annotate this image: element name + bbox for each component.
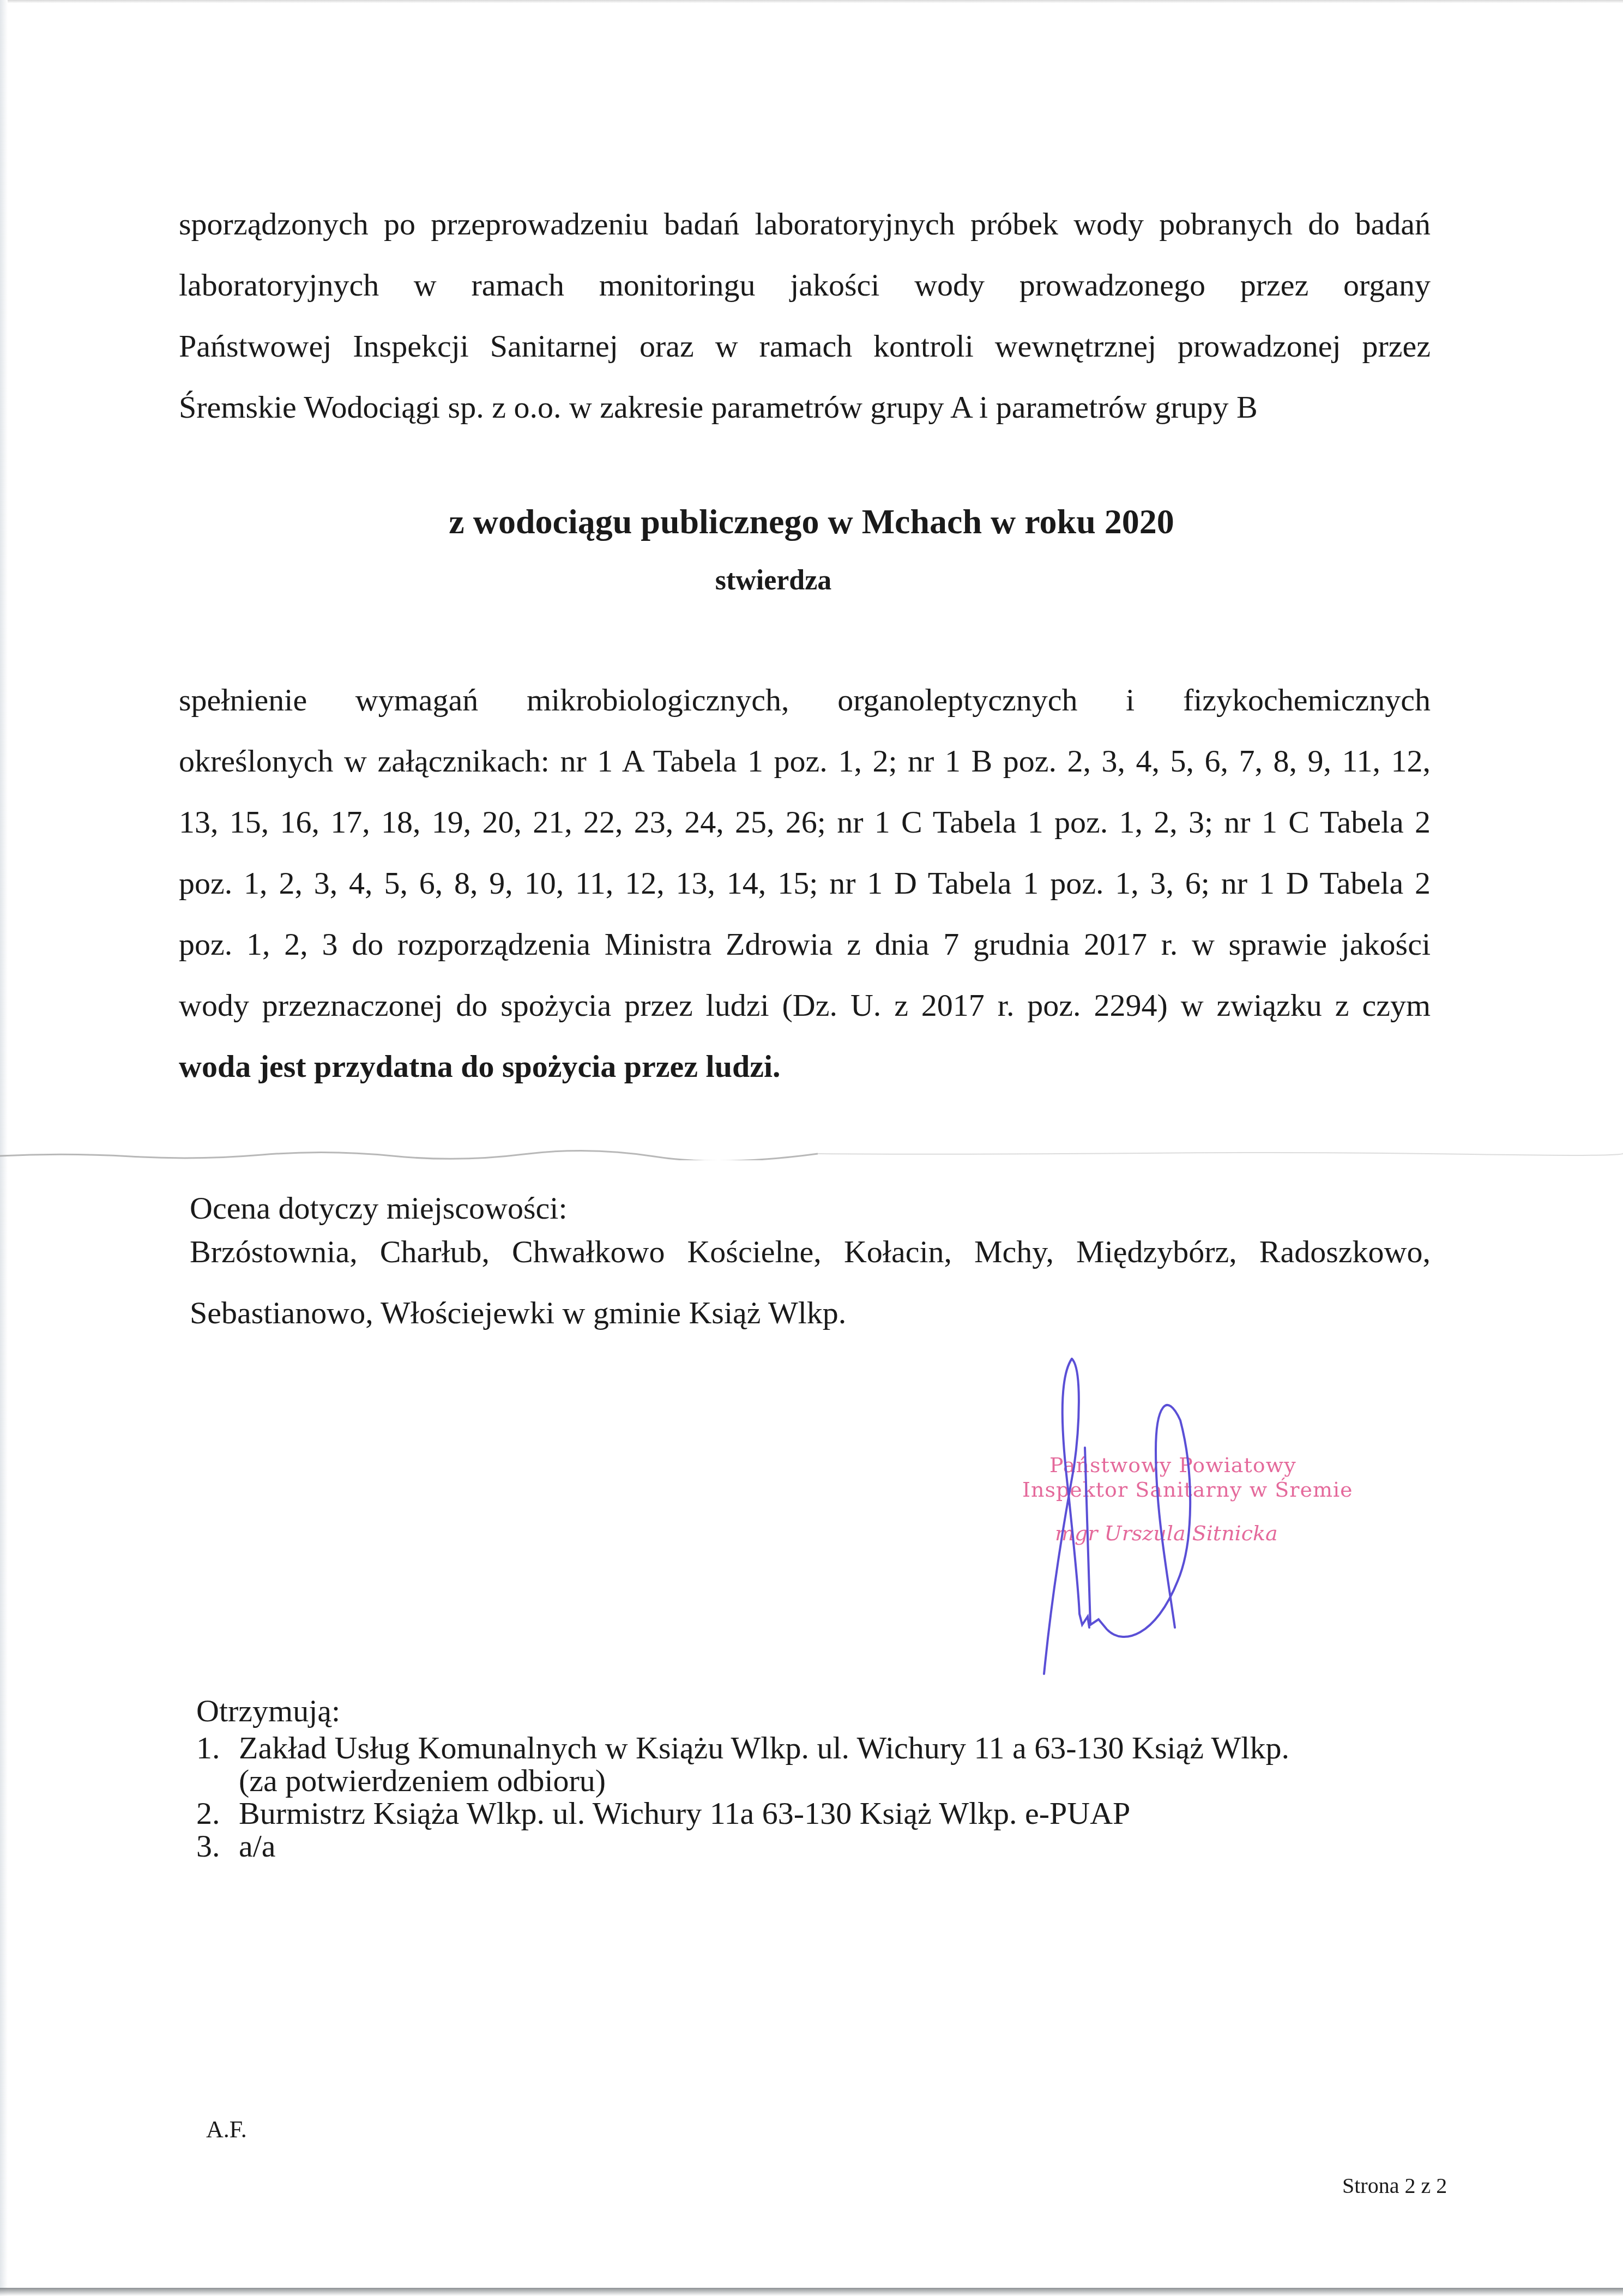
conclusion: woda jest przydatna do spożycia przez lu…: [179, 1036, 1431, 1097]
paper-fold-crease: [0, 1149, 1623, 1160]
heading-sub: stwierdza: [0, 564, 1585, 596]
recipient-item: 1. Zakład Usług Komunalnych w Książu Wlk…: [196, 1732, 1289, 1764]
recipients-section: Otrzymują: 1. Zakład Usług Komunalnych w…: [196, 1695, 1289, 1863]
scan-bottom-edge: [0, 2288, 1623, 2296]
intro-line: sporządzonych po przeprowadzeniu badań l…: [179, 194, 1431, 255]
findings-line: określonych w załącznikach: nr 1 A Tabel…: [179, 731, 1431, 792]
recipient-item: 2. Burmistrz Książa Wlkp. ul. Wichury 11…: [196, 1797, 1289, 1830]
findings-line: poz. 1, 2, 3, 4, 5, 6, 8, 9, 10, 11, 12,…: [179, 853, 1431, 914]
recipient-item: 3. a/a: [196, 1830, 1289, 1863]
locations-list: Brzóstownia, Charłub, Chwałkowo Kościeln…: [190, 1221, 1431, 1343]
recipient-number: 3.: [196, 1830, 239, 1863]
recipient-text: a/a: [239, 1830, 276, 1863]
recipient-number: 1.: [196, 1732, 239, 1764]
official-stamp: Państwowy Powiatowy Inspektor Sanitarny …: [992, 1330, 1417, 1712]
findings-paragraph: spełnienie wymagań mikrobiologicznych, o…: [179, 670, 1431, 1097]
findings-line: spełnienie wymagań mikrobiologicznych, o…: [179, 670, 1431, 731]
heading-main: z wodociągu publicznego w Mchach w roku …: [0, 502, 1623, 542]
recipient-subtext: (za potwierdzeniem odbioru): [196, 1764, 1289, 1797]
author-initials: A.F.: [206, 2116, 247, 2143]
recipients-title: Otrzymują:: [196, 1695, 1289, 1727]
findings-line: 13, 15, 16, 17, 18, 19, 20, 21, 22, 23, …: [179, 792, 1431, 853]
intro-line: laboratoryjnych w ramach monitoringu jak…: [179, 255, 1431, 316]
recipient-text: Burmistrz Książa Wlkp. ul. Wichury 11a 6…: [239, 1797, 1130, 1830]
recipients-list: 1. Zakład Usług Komunalnych w Książu Wlk…: [196, 1732, 1289, 1863]
intro-line: Państwowej Inspekcji Sanitarnej oraz w r…: [179, 316, 1431, 377]
page-number: Strona 2 z 2: [1342, 2173, 1447, 2198]
intro-paragraph: sporządzonych po przeprowadzeniu badań l…: [179, 194, 1431, 438]
locations-label: Ocena dotyczy miejscowości:: [190, 1190, 568, 1226]
locations-line: Brzóstownia, Charłub, Chwałkowo Kościeln…: [190, 1221, 1431, 1282]
scan-top-edge: [0, 0, 1623, 3]
findings-line: poz. 1, 2, 3 do rozporządzenia Ministra …: [179, 914, 1431, 975]
recipient-text: Zakład Usług Komunalnych w Książu Wlkp. …: [239, 1732, 1289, 1764]
findings-line: wody przeznaczonej do spożycia przez lud…: [179, 975, 1431, 1036]
intro-line: Śremskie Wodociągi sp. z o.o. w zakresie…: [179, 377, 1431, 438]
handwritten-signature: [992, 1330, 1417, 1712]
scan-left-edge: [0, 0, 8, 2296]
recipient-number: 2.: [196, 1797, 239, 1830]
